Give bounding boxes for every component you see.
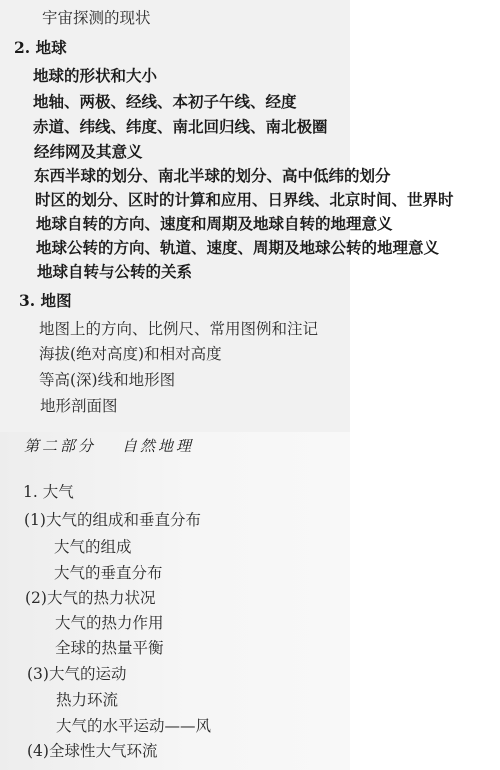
map-item: 地图上的方向、比例尺、常用图例和注记 <box>39 319 318 339</box>
subsection-label: (2)大气的热力状况 <box>25 588 155 608</box>
earth-item: 地球的形状和大小 <box>33 66 157 86</box>
earth-item: 地球公转的方向、轨道、速度、周期及地球公转的地理意义 <box>36 238 439 258</box>
subsection-item: 大气的热力作用 <box>55 613 164 633</box>
subsection-item: 大气的组成 <box>54 537 132 557</box>
earth-item: 地球自转的方向、速度和周期及地球自转的地理意义 <box>36 214 393 234</box>
intro-item: 宇宙探测的现状 <box>42 8 151 28</box>
subsection-item: 大气的垂直分布 <box>54 563 163 583</box>
subsection-item: 热力环流 <box>56 690 118 710</box>
subsection-label: (3)大气的运动 <box>27 664 126 684</box>
section-heading-maps: 3. 地图 <box>19 291 72 311</box>
subsection-item: 大气的水平运动——风 <box>56 716 211 736</box>
earth-item: 赤道、纬线、纬度、南北回归线、南北极圈 <box>33 117 328 137</box>
subsection-label: (1)大气的组成和垂直分布 <box>24 510 201 530</box>
earth-item: 地球自转与公转的关系 <box>37 262 192 282</box>
section-heading-atmosphere: 1. 大气 <box>23 482 74 502</box>
part-title: 第二部分自然地理 <box>24 436 194 456</box>
map-item: 等高(深)线和地形图 <box>39 370 175 390</box>
part-subtitle: 自然地理 <box>122 437 194 455</box>
map-item: 海拔(绝对高度)和相对高度 <box>39 344 222 364</box>
subsection-label: (4)全球性大气环流 <box>27 741 157 761</box>
part-number: 第二部分 <box>24 437 96 455</box>
earth-item: 经纬网及其意义 <box>34 142 143 162</box>
earth-item: 地轴、两极、经线、本初子午线、经度 <box>33 92 297 112</box>
section-heading-earth: 2. 地球 <box>14 38 67 58</box>
subsection-item: 全球的热量平衡 <box>55 638 164 658</box>
earth-item: 时区的划分、区时的计算和应用、日界线、北京时间、世界时 <box>35 190 454 210</box>
map-item: 地形剖面图 <box>40 396 118 416</box>
earth-item: 东西半球的划分、南北半球的划分、高中低纬的划分 <box>34 166 391 186</box>
